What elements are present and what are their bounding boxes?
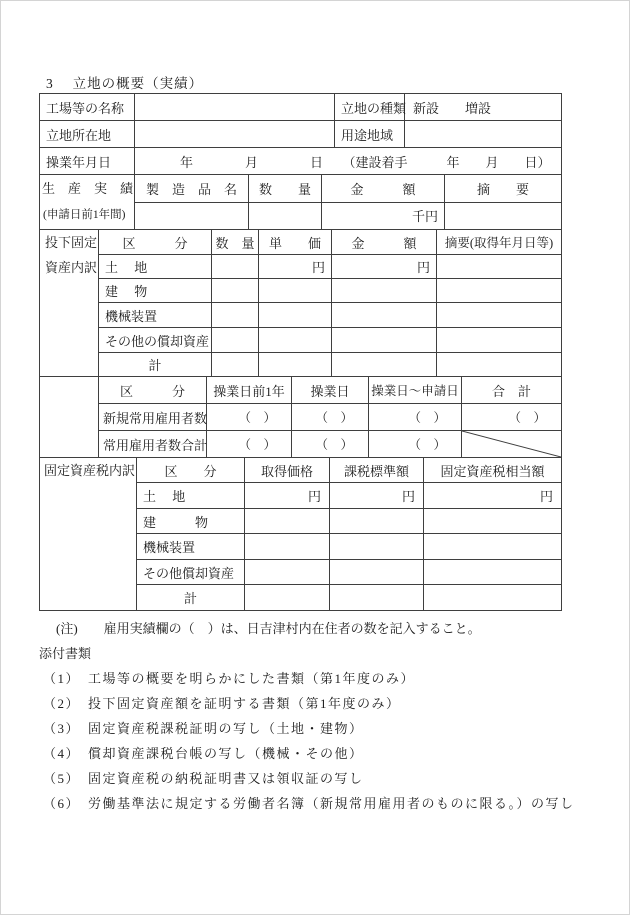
tax-total-amount-cell <box>424 585 562 611</box>
form-tables: 工場等の名称 立地の種類 新設 増設 立地所在地 用途地域 操業年月日 年 月 … <box>39 93 562 611</box>
site-type-label: 立地の種類 <box>335 94 405 121</box>
tax-land-taxable-cell: 円 <box>330 483 424 509</box>
production-label: 生 産 実 績 (申請日前1年間) <box>40 175 135 230</box>
employment-category-header: 区 分 <box>99 377 207 404</box>
employment-total-header: 合 計 <box>462 377 562 404</box>
tax-land-amount-cell: 円 <box>424 483 562 509</box>
attachment-item-5: （5） 固定資産税の納税証明書又は領収証の写し <box>39 766 614 791</box>
tax-total-taxable-cell <box>330 585 424 611</box>
production-table: 生 産 実 績 (申請日前1年間) 製 造 品 名 数 量 金 額 摘 要 千円 <box>39 174 562 230</box>
employment-table: 区 分 操業日前1年 操業日 操業日～申請日 合 計 新規常用雇用者数 （ ） … <box>39 376 562 458</box>
invested-assets-label: 投下固定 資産内訳 <box>40 230 99 377</box>
invested-other-quantity-cell <box>212 328 259 353</box>
zoning-input-cell <box>405 121 562 148</box>
employment-note: (注) 雇用実績欄の（ ）は、日吉津村内在住者の数を記入すること。 <box>39 616 614 641</box>
tax-total-acquisition-cell <box>245 585 330 611</box>
employment-before-header: 操業日前1年 <box>207 377 292 404</box>
invested-total-amount-cell <box>332 353 437 377</box>
site-general-table: 工場等の名称 立地の種類 新設 増設 立地所在地 用途地域 操業年月日 年 月 … <box>39 93 562 175</box>
invested-other-unit-price-cell <box>259 328 332 353</box>
operation-date-label: 操業年月日 <box>40 148 135 175</box>
production-label-line1: 生 産 実 績 <box>42 175 134 202</box>
total-employees-period-cell: （ ） <box>369 431 462 458</box>
invested-total-unit-price-cell <box>259 353 332 377</box>
invested-building-unit-price-cell <box>259 279 332 303</box>
new-employees-before-cell: （ ） <box>207 404 292 431</box>
tax-machinery-acquisition-cell <box>245 534 330 560</box>
tax-building-amount-cell <box>424 509 562 534</box>
tax-category-header: 区 分 <box>137 458 245 483</box>
invested-other-amount-cell <box>332 328 437 353</box>
attachment-item-4: （4） 償却資産課税台帳の写し（機械・その他） <box>39 741 614 766</box>
invested-building-amount-cell <box>332 279 437 303</box>
total-employees-before-cell: （ ） <box>207 431 292 458</box>
property-tax-table: 固定資産税内訳 区 分 取得価格 課税標準額 固定資産税相当額 土 地 円 円 … <box>39 457 562 611</box>
invested-amount-header: 金 額 <box>332 230 437 255</box>
footer-notes: (注) 雇用実績欄の（ ）は、日吉津村内在住者の数を記入すること。 添付書類 （… <box>39 616 614 816</box>
production-remarks-input-cell <box>445 202 562 230</box>
employment-left-spacer-cell <box>40 377 99 458</box>
tax-building-acquisition-cell <box>245 509 330 534</box>
production-amount-unit-cell: 千円 <box>322 202 445 230</box>
invested-building-label: 建 物 <box>99 279 212 303</box>
location-label: 立地所在地 <box>40 121 135 148</box>
invested-machinery-unit-price-cell <box>259 303 332 328</box>
tax-machinery-amount-cell <box>424 534 562 560</box>
new-employees-label: 新規常用雇用者数 <box>99 404 207 431</box>
tax-other-acquisition-cell <box>245 560 330 585</box>
production-quantity-header: 数 量 <box>249 175 322 203</box>
invested-building-remarks-cell <box>437 279 562 303</box>
location-input-cell <box>135 121 335 148</box>
page-title: 3 立地の概要（実績） <box>46 72 203 92</box>
tax-other-taxable-cell <box>330 560 424 585</box>
tax-acquisition-header: 取得価格 <box>245 458 330 483</box>
tax-building-taxable-cell <box>330 509 424 534</box>
invested-land-amount-cell: 円 <box>332 255 437 279</box>
new-employees-start-cell: （ ） <box>292 404 369 431</box>
invested-building-quantity-cell <box>212 279 259 303</box>
invested-land-remarks-cell <box>437 255 562 279</box>
employment-period-header: 操業日～申請日 <box>369 377 462 404</box>
tax-amount-header: 固定資産税相当額 <box>424 458 562 483</box>
property-tax-label-text: 固定資産税内訳 <box>44 458 136 483</box>
attachment-item-2: （2） 投下固定資産額を証明する書類（第1年度のみ） <box>39 691 614 716</box>
total-employees-label: 常用雇用者数合計 <box>99 431 207 458</box>
invested-total-quantity-cell <box>212 353 259 377</box>
tax-other-amount-cell <box>424 560 562 585</box>
invested-land-unit-price-cell: 円 <box>259 255 332 279</box>
tax-other-assets-label: その他償却資産 <box>137 560 245 585</box>
tax-machinery-label: 機械装置 <box>137 534 245 560</box>
tax-machinery-taxable-cell <box>330 534 424 560</box>
form-page: 3 立地の概要（実績） 工場等の名称 立地の種類 新設 増設 立地所在地 用途地… <box>0 0 630 915</box>
invested-machinery-label: 機械装置 <box>99 303 212 328</box>
invested-other-assets-label: その他の償却資産 <box>99 328 212 353</box>
factory-name-label: 工場等の名称 <box>40 94 135 121</box>
invested-total-label: 計 <box>99 353 212 377</box>
invested-unit-price-header: 単 価 <box>259 230 332 255</box>
tax-land-acquisition-cell: 円 <box>245 483 330 509</box>
invested-total-remarks-cell <box>437 353 562 377</box>
attachments-title: 添付書類 <box>39 641 614 666</box>
production-quantity-input-cell <box>249 202 322 230</box>
invested-land-label: 土 地 <box>99 255 212 279</box>
invested-quantity-header: 数 量 <box>212 230 259 255</box>
site-type-options: 新設 増設 <box>405 94 562 121</box>
invested-machinery-quantity-cell <box>212 303 259 328</box>
tax-building-label: 建 物 <box>137 509 245 534</box>
invested-assets-label-line2: 資産内訳 <box>45 255 98 280</box>
invested-category-header: 区 分 <box>99 230 212 255</box>
factory-name-input-cell <box>135 94 335 121</box>
attachment-item-6: （6） 労働基準法に規定する労働者名簿（新規常用雇用者のものに限る。）の写し <box>39 791 614 816</box>
invested-other-remarks-cell <box>437 328 562 353</box>
invested-assets-table: 投下固定 資産内訳 区 分 数 量 単 価 金 額 摘要(取得年月日等) 土 地… <box>39 229 562 377</box>
total-employees-crossed-cell <box>462 431 562 458</box>
attachment-item-1: （1） 工場等の概要を明らかにした書類（第1年度のみ） <box>39 666 614 691</box>
product-name-header: 製 造 品 名 <box>135 175 249 203</box>
tax-land-label: 土 地 <box>137 483 245 509</box>
employment-start-header: 操業日 <box>292 377 369 404</box>
tax-taxable-value-header: 課税標準額 <box>330 458 424 483</box>
tax-total-label: 計 <box>137 585 245 611</box>
invested-land-quantity-cell <box>212 255 259 279</box>
total-employees-start-cell: （ ） <box>292 431 369 458</box>
operation-date-value: 年 月 日 （建設着手 年 月 日） <box>135 148 562 175</box>
diagonal-line <box>462 431 561 457</box>
zoning-label: 用途地域 <box>335 121 405 148</box>
invested-assets-label-line1: 投下固定 <box>45 230 98 255</box>
invested-machinery-remarks-cell <box>437 303 562 328</box>
invested-remarks-header: 摘要(取得年月日等) <box>437 230 562 255</box>
invested-machinery-amount-cell <box>332 303 437 328</box>
product-name-input-cell <box>135 202 249 230</box>
production-amount-header: 金 額 <box>322 175 445 203</box>
new-employees-total-cell: （ ） <box>462 404 562 431</box>
production-label-line2: (申請日前1年間) <box>42 202 134 229</box>
production-remarks-header: 摘 要 <box>445 175 562 203</box>
attachment-item-3: （3） 固定資産税課税証明の写し（土地・建物） <box>39 716 614 741</box>
new-employees-period-cell: （ ） <box>369 404 462 431</box>
property-tax-label: 固定資産税内訳 <box>40 458 137 611</box>
